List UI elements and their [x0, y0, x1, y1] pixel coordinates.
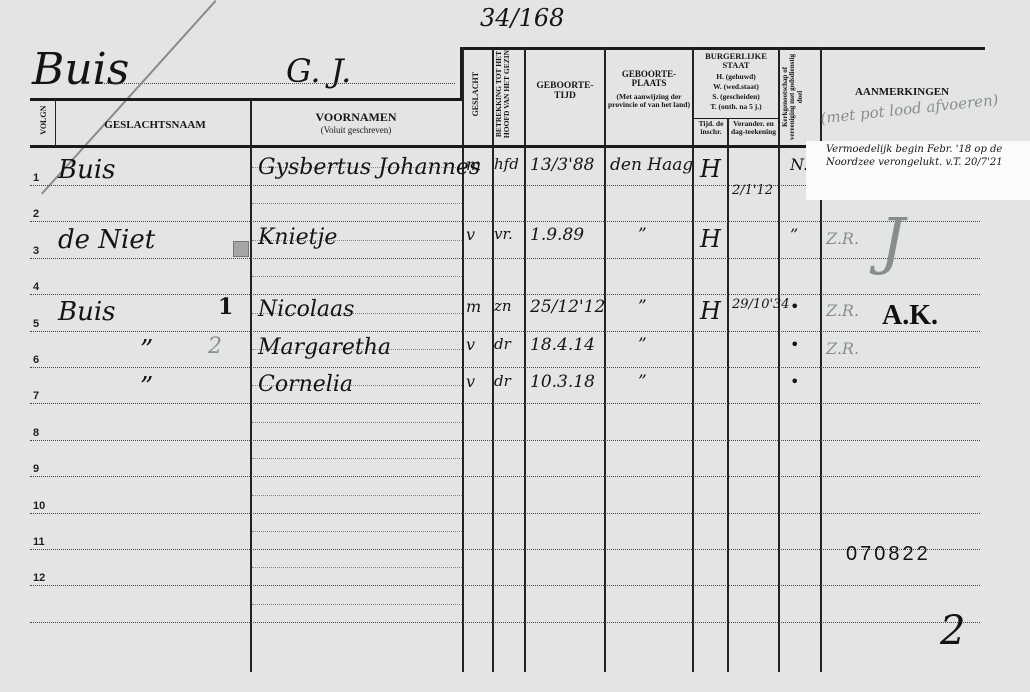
row-number: 7 — [33, 390, 39, 402]
row-number: 12 — [33, 572, 45, 584]
header-geboorteplaats: GEBOORTE-PLAATS — [608, 70, 690, 89]
row-rule — [30, 221, 980, 222]
row-rule — [30, 367, 980, 368]
row-half-rule — [252, 604, 462, 605]
cell-church: • — [790, 335, 799, 354]
cell-sex: m — [466, 155, 481, 174]
header-kerkgenootschap: Kerkgenootschap of vereeniging met godsd… — [782, 52, 816, 142]
header-civil-code-h: H. (gehuwd) — [694, 73, 778, 81]
row-half-rule — [252, 203, 462, 204]
cell-given: Nicolaas — [258, 297, 354, 322]
header-veranderingen: Verander. en dag-teekening — [729, 120, 778, 136]
col-line-geboorteplaats — [604, 47, 606, 672]
cell-birth-date: 1.9.89 — [530, 225, 584, 245]
row-rule — [30, 549, 980, 550]
row-rule — [30, 513, 980, 514]
cell-relation: zn — [494, 297, 512, 315]
row-number: 9 — [33, 463, 39, 475]
header-volgno: VOLGN — [40, 100, 48, 140]
cell-remarks: Z.R. — [826, 229, 859, 248]
page-mark: 2 — [940, 608, 965, 654]
cell-surname: Buis — [58, 297, 116, 327]
row-number: 11 — [33, 536, 45, 548]
header-geslacht: GESLACHT — [472, 54, 480, 134]
row-number: 2 — [33, 208, 39, 220]
cell-remarks: Z.R. — [826, 339, 859, 358]
family-name-heading: Buis — [32, 44, 129, 95]
col-line-kerk — [778, 47, 780, 672]
cell-birth-place: ” — [638, 225, 647, 245]
pencil-j-mark: J — [880, 204, 905, 277]
header-geslachtsnaam: GESLACHTSNAAM — [60, 120, 250, 132]
header-top-rule — [460, 47, 985, 50]
row-number: 6 — [33, 354, 39, 366]
header-betrekking: BETREKKING TOT HET HOOFD VAN HET GEZIN — [495, 49, 523, 139]
col-line-burgerlijk — [692, 47, 694, 672]
stamp-ak: A.K. — [882, 300, 938, 332]
cell-birth-place: den Haag — [610, 155, 693, 175]
cell-relation: vr. — [494, 225, 513, 243]
cell-surname: Buis — [58, 155, 116, 185]
row-number: 1 — [33, 172, 39, 184]
col-line-geslacht — [462, 47, 464, 672]
cell-birth-place: ” — [638, 372, 647, 392]
cell-sex: m — [466, 297, 481, 316]
cell-sex: v — [466, 335, 475, 354]
cell-birth-place: ” — [638, 335, 647, 355]
header-geboorteplaats-sub: (Met aanwijzing der provincie of van het… — [606, 93, 692, 109]
cell-sex: v — [466, 372, 475, 391]
header-civil-code-w: W. (wed.staat) — [694, 83, 778, 91]
row-half-rule — [252, 458, 462, 459]
row-number: 10 — [33, 500, 45, 512]
cell-church: ” — [790, 225, 798, 244]
header-tijd-inschr: Tijd. de inschr. — [694, 120, 728, 136]
cell-civil-change: 29/10'34 — [732, 297, 790, 312]
row-number: 4 — [33, 281, 39, 293]
row-rule — [30, 476, 980, 477]
cell-given: Margaretha — [258, 335, 391, 360]
cell-civil: H — [700, 225, 721, 253]
cell-birth-date: 13/3'88 — [530, 155, 594, 175]
row-half-rule — [252, 531, 462, 532]
cell-relation: hfd — [494, 155, 519, 173]
cell-church: • — [790, 297, 799, 316]
header-burgerlijke-staat: BURGERLIJKE STAAT — [694, 52, 778, 70]
name-line — [100, 83, 455, 84]
remark-row1: Vermoedelijk begin Febr. '18 op de Noord… — [826, 143, 1026, 169]
row2-marker-box — [233, 241, 249, 257]
cell-given: Knietje — [258, 225, 337, 250]
cell-church: • — [790, 372, 799, 391]
row-rule — [30, 585, 980, 586]
cell-surname: ” — [140, 335, 153, 365]
header-voornamen-sub: (Voluit geschreven) — [250, 126, 462, 135]
row-half-rule — [252, 567, 462, 568]
row-half-rule — [252, 422, 462, 423]
col-line-verander — [727, 118, 729, 672]
header-civil-code-s: S. (gescheiden) — [694, 93, 778, 101]
row-rule — [30, 403, 980, 404]
cell-relation: dr — [494, 372, 511, 390]
cell-birth-date: 10.3.18 — [530, 372, 595, 392]
cell-birth-place: ” — [638, 297, 647, 317]
cell-given: Gysbertus Johannes — [258, 155, 480, 180]
cell-relation: dr — [494, 335, 511, 353]
margin-mark-2: 2 — [208, 334, 222, 359]
cell-surname: ” — [140, 372, 153, 402]
row-rule — [30, 294, 980, 295]
row-rule — [30, 440, 980, 441]
cell-given: Cornelia — [258, 372, 353, 397]
folio-number: 34/168 — [480, 4, 564, 32]
row-rule — [30, 258, 980, 259]
header-voornamen: VOORNAMEN — [250, 111, 462, 124]
cell-remarks: Z.R. — [826, 301, 859, 320]
cell-surname: de Niet — [58, 225, 155, 255]
family-initials: G. J. — [286, 52, 351, 90]
cell-birth-date: 18.4.14 — [530, 335, 595, 355]
row-half-rule — [252, 495, 462, 496]
cell-civil-change: 2/1'12 — [732, 183, 773, 198]
col-line-geboortetijd — [524, 47, 526, 672]
header-mid-rule — [30, 98, 463, 101]
margin-mark-1: 1 — [218, 294, 233, 320]
row-number: 3 — [33, 245, 39, 257]
cell-civil: H — [700, 155, 721, 183]
cell-civil: H — [700, 297, 721, 325]
row-number: 5 — [33, 318, 39, 330]
cell-sex: v — [466, 225, 475, 244]
row-half-rule — [252, 276, 462, 277]
header-civil-code-t: T. (onth. na 5 j.) — [694, 103, 778, 111]
row-rule — [30, 622, 980, 623]
col-line-betrekking — [492, 47, 494, 672]
row-number: 8 — [33, 427, 39, 439]
row-rule — [30, 331, 980, 332]
cell-birth-date: 25/12'12 — [530, 297, 605, 317]
header-geboortetijd: GEBOORTE-TIJD — [528, 82, 602, 102]
col-line-volgno — [55, 100, 56, 145]
archive-number: 070822 — [846, 543, 931, 566]
